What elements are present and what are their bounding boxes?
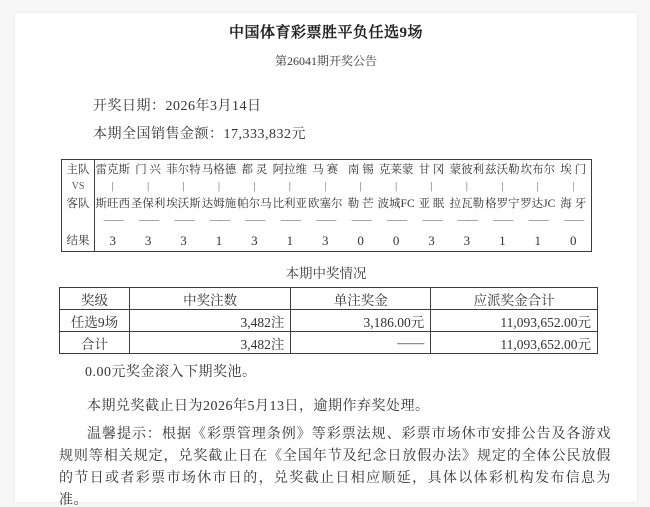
total-prize-cell: 11,093,652.00元 (431, 310, 598, 332)
vs-separator-bar: | (466, 179, 468, 195)
match-result: 3 (464, 229, 471, 251)
away-row-label: 客队 (67, 195, 90, 214)
rollover-text: 0.00元奖金滚入下期奖池。 (85, 364, 637, 382)
home-team: 克莱蒙 (379, 160, 414, 179)
vs-separator-bar: | (360, 179, 362, 195)
dash-separator: —— (210, 214, 228, 229)
draw-date-line: 开奖日期：2026年3月14日 (93, 97, 637, 116)
match-result: 3 (145, 229, 152, 251)
vs-separator-bar: | (183, 179, 185, 195)
prize-column-header: 应派奖金合计 (431, 288, 598, 310)
dash-separator: —— (529, 214, 547, 229)
dash-separator: —— (493, 214, 511, 229)
result-row-label: 结果 (67, 229, 90, 251)
dash-separator: —— (387, 214, 405, 229)
vs-separator-bar: | (395, 179, 397, 195)
home-team: 马 赛 (312, 160, 338, 179)
vs-separator-bar: | (431, 179, 433, 195)
away-team: 格罗宁 (485, 195, 520, 214)
away-team: 达姆施 (202, 195, 237, 214)
dash-separator: —— (139, 214, 157, 229)
match-column: 克莱蒙 | 波城FC —— 0 (378, 160, 413, 251)
home-team: 南 锡 (348, 160, 374, 179)
match-result: 1 (535, 229, 542, 251)
match-result: 0 (357, 229, 364, 251)
vs-separator-bar: | (572, 179, 574, 195)
prize-row: 任选9场 3,482注 3,186.00元 11,093,652.00元 (60, 310, 598, 332)
prize-table: 奖级中奖注数单注奖金应派奖金合计 任选9场 3,482注 3,186.00元 1… (59, 287, 598, 354)
vs-separator-bar: | (501, 179, 503, 195)
home-team: 雷克斯 (95, 160, 130, 179)
sales-amount-value: 17,333,832元 (224, 127, 307, 142)
dash-separator: —— (175, 214, 193, 229)
match-result: 1 (216, 229, 223, 251)
vs-separator-bar: | (537, 179, 539, 195)
single-prize-cell: 3,186.00元 (291, 310, 431, 332)
prize-section-heading: 本期中奖情况 (15, 265, 637, 283)
sales-amount-line: 本期全国销售金额：17,333,832元 (93, 125, 637, 144)
notice-text: 温馨提示：根据《彩票管理条例》等彩票法规、彩票市场休市安排公告及各游戏规则等相关… (59, 424, 611, 507)
home-team: 都 灵 (241, 160, 267, 179)
away-team: 拉瓦勒 (450, 195, 485, 214)
home-team: 蒙彼利 (450, 160, 485, 179)
match-column: 埃 门 | 海 牙 —— 0 (555, 160, 590, 251)
match-table-header-column: 主队 VS 客队 结果 (62, 160, 95, 251)
away-team: 海 牙 (560, 195, 586, 214)
vs-separator-bar: | (289, 179, 291, 195)
single-prize-cell: —— (291, 332, 431, 354)
home-team: 兹沃勒 (485, 160, 520, 179)
prize-table-header-row: 奖级中奖注数单注奖金应派奖金合计 (60, 288, 598, 310)
announcement-page: 中国体育彩票胜平负任选9场 第26041期开奖公告 开奖日期：2026年3月14… (14, 12, 638, 503)
match-column: 甘 冈 | 亚 眠 —— 3 (414, 160, 449, 251)
match-column: 雷克斯 | 斯旺西 —— 3 (95, 160, 130, 251)
match-result: 0 (570, 229, 577, 251)
vs-separator-bar: | (112, 179, 114, 195)
match-column: 马 赛 | 欧塞尔 —— 3 (308, 160, 343, 251)
match-result: 3 (109, 229, 116, 251)
prize-column-header: 单注奖金 (291, 288, 431, 310)
match-column: 阿拉维 | 比利亚 —— 1 (272, 160, 307, 251)
away-team: 圣保利 (131, 195, 166, 214)
prize-column-header: 奖级 (60, 288, 130, 310)
match-column: 南 锡 | 勒 芒 —— 0 (343, 160, 378, 251)
prize-level-cell: 任选9场 (60, 310, 130, 332)
away-team: 波城FC (378, 195, 415, 214)
vs-separator-bar: | (253, 179, 255, 195)
draw-date-label: 开奖日期： (93, 99, 166, 114)
prize-row: 合计 3,482注 —— 11,093,652.00元 (60, 332, 598, 354)
away-team: 罗达JC (520, 195, 555, 214)
away-team: 欧塞尔 (308, 195, 343, 214)
vs-separator-bar: | (218, 179, 220, 195)
match-column: 兹沃勒 | 格罗宁 —— 1 (485, 160, 520, 251)
match-result: 1 (287, 229, 294, 251)
home-team: 马格德 (202, 160, 237, 179)
home-row-label: 主队 (67, 160, 90, 179)
match-result: 3 (251, 229, 258, 251)
match-result: 0 (393, 229, 400, 251)
dash-separator: —— (352, 214, 370, 229)
away-team: 帕尔马 (237, 195, 272, 214)
total-prize-cell: 11,093,652.00元 (431, 332, 598, 354)
deadline-text: 本期兑奖截止日为2026年5月13日，逾期作弃奖处理。 (59, 397, 611, 417)
away-team: 亚 眠 (419, 195, 445, 214)
vs-separator-bar: | (147, 179, 149, 195)
page-title: 中国体育彩票胜平负任选9场 (15, 23, 637, 43)
dash-separator: —— (564, 214, 582, 229)
dash-separator: —— (316, 214, 334, 229)
winning-count-cell: 3,482注 (129, 310, 290, 332)
dash-separator: —— (281, 214, 299, 229)
match-column: 门 兴 | 圣保利 —— 3 (130, 160, 165, 251)
draw-date-value: 2026年3月14日 (166, 99, 262, 114)
home-team: 菲尔特 (166, 160, 201, 179)
home-team: 门 兴 (135, 160, 161, 179)
issue-subtitle: 第26041期开奖公告 (15, 53, 637, 69)
match-columns: 雷克斯 | 斯旺西 —— 3 门 兴 | 圣保利 —— 3 菲尔特 | 埃沃斯 … (95, 160, 591, 251)
match-result: 3 (322, 229, 329, 251)
match-result: 1 (499, 229, 506, 251)
away-team: 比利亚 (273, 195, 308, 214)
prize-table-body: 任选9场 3,482注 3,186.00元 11,093,652.00元 合计 … (60, 310, 598, 354)
home-team: 坎布尔 (521, 160, 556, 179)
dash-separator: —— (423, 214, 441, 229)
home-team: 阿拉维 (273, 160, 308, 179)
prize-level-cell: 合计 (60, 332, 130, 354)
winning-count-cell: 3,482注 (129, 332, 290, 354)
match-column: 都 灵 | 帕尔马 —— 3 (237, 160, 272, 251)
vs-separator-bar: | (324, 179, 326, 195)
match-column: 坎布尔 | 罗达JC —— 1 (520, 160, 555, 251)
match-result: 3 (180, 229, 187, 251)
prize-column-header: 中奖注数 (129, 288, 290, 310)
sales-amount-label: 本期全国销售金额： (93, 127, 224, 142)
vs-row-label: VS (72, 179, 85, 195)
match-column: 马格德 | 达姆施 —— 1 (201, 160, 236, 251)
away-team: 斯旺西 (95, 195, 130, 214)
dash-separator: —— (104, 214, 122, 229)
away-team: 埃沃斯 (166, 195, 201, 214)
match-result: 3 (428, 229, 435, 251)
match-results-table: 主队 VS 客队 结果 雷克斯 | 斯旺西 —— 3 门 兴 | 圣保利 —— … (61, 159, 592, 252)
dash-separator: —— (458, 214, 476, 229)
match-column: 菲尔特 | 埃沃斯 —— 3 (166, 160, 201, 251)
home-team: 埃 门 (560, 160, 586, 179)
away-team: 勒 芒 (348, 195, 374, 214)
home-team: 甘 冈 (419, 160, 445, 179)
match-column: 蒙彼利 | 拉瓦勒 —— 3 (449, 160, 484, 251)
dash-separator: —— (245, 214, 263, 229)
